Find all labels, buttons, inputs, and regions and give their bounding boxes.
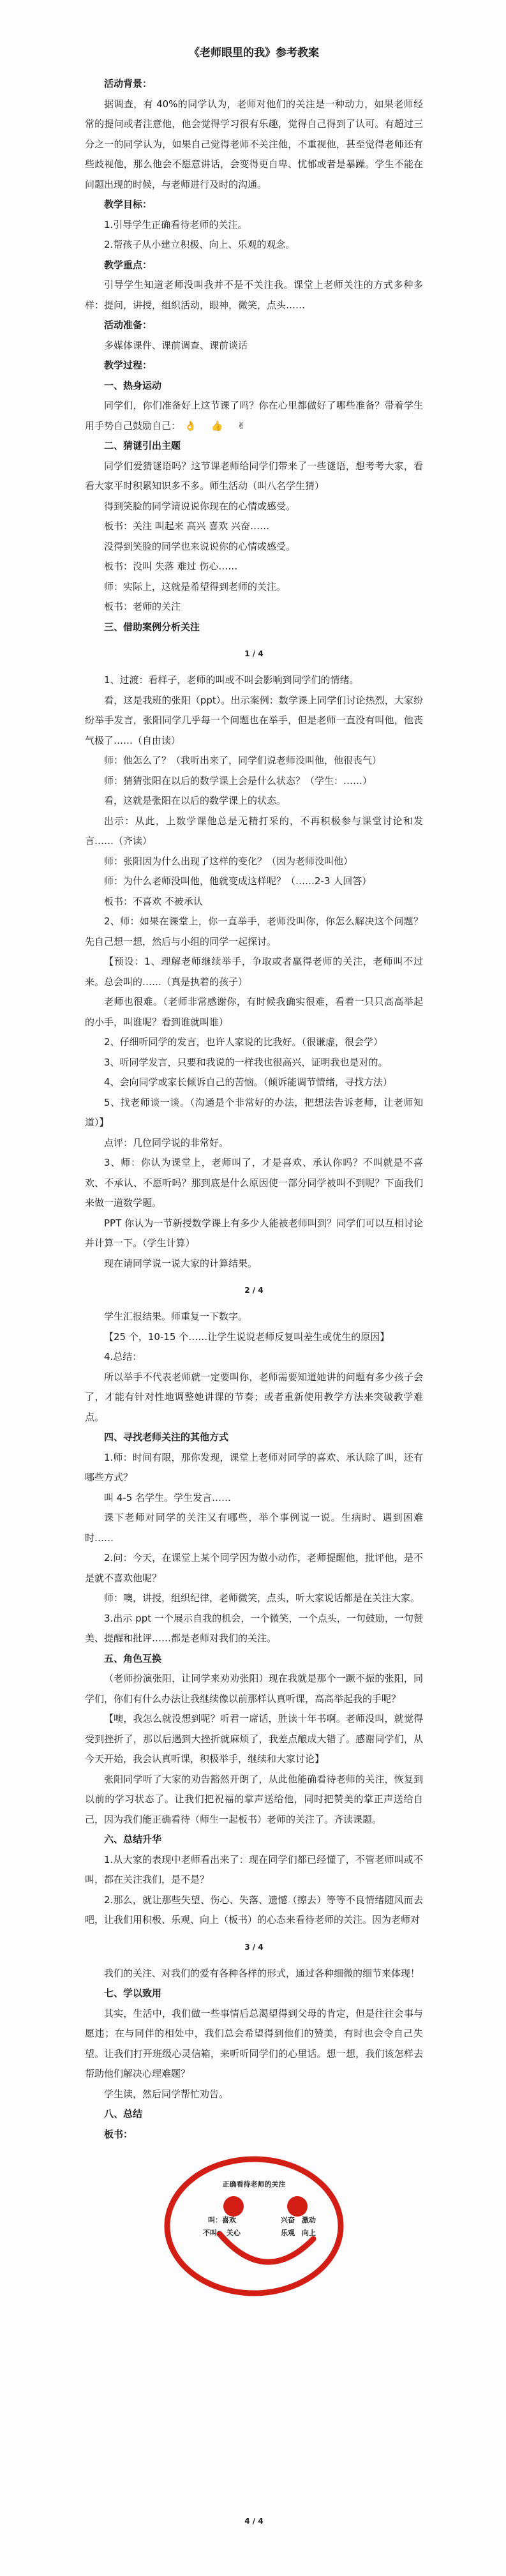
section-heading: 教学过程： xyxy=(85,356,423,376)
paragraph: 5、找老师谈一谈。（沟通是个非常好的办法，把想法告诉老师，让老师知道）】 xyxy=(85,1093,423,1133)
paragraph: 据调查，有 40%的同学认为，老师对他们的关注是一种动力，如果老师经常的提问或者… xyxy=(85,94,423,195)
section-heading: 一、热身运动 xyxy=(85,376,423,396)
paragraph: 1、过渡：看样子，老师的叫或不叫会影响到同学们的情绪。 xyxy=(85,670,423,691)
paragraph: 看，这是我班的张阳（ppt）。出示案例：数学课上同学们讨论热烈，大家纷纷举手发言… xyxy=(85,691,423,751)
section-heading: 六、总结升华 xyxy=(85,1830,423,1850)
section-heading: 四、寻找老师关注的其他方式 xyxy=(85,1427,423,1448)
paragraph: 【预设：1、理解老师继续举手，争取或者赢得老师的关注，老师叫不过来。总会叫的……… xyxy=(85,952,423,992)
paragraph: 1.从大家的表现中老师看出来了：现在同学们都已经懂了，不管老师叫或不叫，都在关注… xyxy=(85,1850,423,1890)
board-smiley-figure: 正确看待老师的关注 叫：喜欢 不叫： 关心 兴奋 激动 乐观 向上 xyxy=(158,2151,350,2310)
document-page: 《老师眼里的我》参考教案 活动背景：据调查，有 40%的同学认为，老师对他们的关… xyxy=(0,0,506,2576)
paragraph: 板书：不喜欢 不被承认 xyxy=(85,892,423,912)
section-heading: 活动准备： xyxy=(85,315,423,336)
page-number: 3 / 4 xyxy=(85,1941,423,1954)
paragraph: 4.总结： xyxy=(85,1347,423,1367)
paragraph: 引导学生知道老师没叫我并不是不关注我。课堂上老师关注的方式多种多样：提问，讲授，… xyxy=(85,275,423,315)
paragraph: 叫 4-5 名学生。学生发言…… xyxy=(85,1488,423,1509)
paragraph: 师：噢，讲授，组织纪律，老师微笑，点头，听大家说话都是在关注大家。 xyxy=(85,1588,423,1609)
smiley-face-icon xyxy=(158,2151,350,2310)
paragraph: 师：他怎么了？（我听出来了，同学们说老师没叫他，他很丧气） xyxy=(85,751,423,771)
board-label-optimistic: 乐观 向上 xyxy=(281,2229,316,2238)
paragraph: 【25 个，10-15 个……让学生说说老师反复叫差生或优生的原因】 xyxy=(85,1327,423,1348)
board-label-excited: 兴奋 激动 xyxy=(281,2216,316,2225)
paragraph: 学生读，然后同学帮忙劝告。 xyxy=(85,2084,423,2105)
paragraph: 同学们爱猜谜语吗？这节课老师给同学们带来了一些谜语，想考考大家，看看大家平时积累… xyxy=(85,456,423,497)
paragraph: 板书：关注 叫起来 高兴 喜欢 兴奋…… xyxy=(85,516,423,537)
paragraph: 点评：几位同学说的非常好。 xyxy=(85,1133,423,1154)
gesture-emojis: 👌 👍 ✌ xyxy=(184,420,251,432)
board-label-not-called: 不叫： 关心 xyxy=(203,2229,241,2238)
paragraph: 4、会向同学或家长倾诉自己的苦恼。（倾诉能调节情绪，寻找方法） xyxy=(85,1073,423,1093)
page-number: 2 / 4 xyxy=(85,1284,423,1297)
paragraph: 2、师：如果在课堂上，你一直举手，老师没叫你，你怎么解决这个问题？先自己想一想，… xyxy=(85,912,423,952)
paragraph: 多媒体课件、课前调查、课前谈话 xyxy=(85,336,423,356)
paragraph: 没得到笑脸的同学也来说说你的心情或感受。 xyxy=(85,537,423,557)
paragraph: 2.帮孩子从小建立积极、向上、乐观的观念。 xyxy=(85,235,423,255)
paragraph: 3、师：你认为课堂上，老师叫了，才是喜欢、承认你吗？不叫就是不喜欢、不承认、不愿… xyxy=(85,1153,423,1214)
paragraph: PPT 你认为一节新授数学课上有多少人能被老师叫到？同学们可以互相讨论并计算一下… xyxy=(85,1214,423,1254)
section-heading: 五、角色互换 xyxy=(85,1649,423,1669)
paragraph: 得到笑脸的同学请说说你现在的心情或感受。 xyxy=(85,497,423,517)
paragraph: 所以举手不代表老师就一定要叫你，老师需要知道她讲的问题有多少孩子会了，才能有针对… xyxy=(85,1367,423,1428)
smiley-outline xyxy=(167,2159,341,2293)
paragraph: 板书：没叫 失落 难过 伤心…… xyxy=(85,557,423,577)
page-number: 1 / 4 xyxy=(85,647,423,660)
smiley-mouth xyxy=(220,2234,313,2262)
document-content: 活动背景：据调查，有 40%的同学认为，老师对他们的关注是一种动力，如果老师经常… xyxy=(85,74,423,2527)
section-heading: 三、借助案例分析关注 xyxy=(85,617,423,638)
section-heading: 二、猜谜引出主题 xyxy=(85,436,423,456)
section-heading: 教学目标： xyxy=(85,195,423,215)
paragraph: 其实，生活中，我们做一些事情后总渴望得到父母的肯定，但是往往会事与愿违；在与同伴… xyxy=(85,2004,423,2084)
paragraph: 学生汇报结果。师重复一下数字。 xyxy=(85,1307,423,1327)
paragraph: 板书：老师的关注 xyxy=(85,597,423,617)
smiley-left-eye xyxy=(223,2196,244,2217)
paragraph: 张阳同学听了大家的劝告豁然开朗了，从此他能确看待老师的关注，恢复到以前的学习状态… xyxy=(85,1770,423,1830)
paragraph: 2.那么，就让那些失望、伤心、失落、遗憾（擦去）等等不良情绪随风而去吧，让我们用… xyxy=(85,1890,423,1931)
paragraph: 现在请同学说一说大家的计算结果。 xyxy=(85,1254,423,1274)
section-heading: 教学重点： xyxy=(85,255,423,276)
paragraph: 老师也很难。（老师非常感谢你，有时候我确实很难，看着一只只高高举起的小手，叫谁呢… xyxy=(85,992,423,1032)
paragraph: 3、听同学发言，只要和我说的一样我也很高兴，证明我也是对的。 xyxy=(85,1053,423,1073)
page-number: 4 / 4 xyxy=(85,2515,423,2527)
board-label-called: 叫：喜欢 xyxy=(208,2216,236,2225)
paragraph: 我们的关注、对我们的爱有各种各样的形式，通过各种细微的细节来体现！ xyxy=(85,1964,423,1984)
paragraph: 看，这就是张阳在以后的数学课上的状态。 xyxy=(85,791,423,811)
paragraph: 1.师：时间有限，那你发现，课堂上老师对同学的喜欢、承认除了叫，还有哪些方式？ xyxy=(85,1448,423,1488)
paragraph: 课下老师对同学的关注又有哪些，举个事例说一说。生病时、遇到困难时…… xyxy=(85,1508,423,1548)
paragraph: 1.引导学生正确看待老师的关注。 xyxy=(85,215,423,236)
paragraph: 【噢，我怎么就没想到呢？听君一席话，胜读十年书啊。老师没叫，就觉得受到挫折了，那… xyxy=(85,1709,423,1770)
paragraph: （老师扮演张阳，让同学来劝劝张阳）现在我就是那个一蹶不振的张阳，同学们，你们有什… xyxy=(85,1669,423,1709)
paragraph: 师：张阳因为什么出现了这样的变化？（因为老师没叫他） xyxy=(85,852,423,872)
paragraph: 2.问：今天，在课堂上某个同学因为做小动作，老师提醒他，批评他，是不是就不喜欢他… xyxy=(85,1548,423,1588)
section-heading: 八、总结 xyxy=(85,2104,423,2125)
section-heading: 板书： xyxy=(85,2125,423,2145)
section-heading: 活动背景： xyxy=(85,74,423,94)
section-heading: 七、学以致用 xyxy=(85,1984,423,2004)
paragraph: 2、仔细听同学的发言，也许人家说的比我好。（很谦虚，很会学） xyxy=(85,1032,423,1053)
board-caption: 正确看待老师的关注 xyxy=(158,2180,350,2189)
paragraph: 师：实际上，这就是希望得到老师的关注。 xyxy=(85,577,423,598)
document-title: 《老师眼里的我》参考教案 xyxy=(85,45,423,61)
paragraph: 同学们，你们准备好上这节课了吗？你在心里都做好了哪些准备？带着学生用手势自己鼓励… xyxy=(85,396,423,436)
smiley-right-eye xyxy=(287,2196,308,2217)
paragraph: 师：为什么老师没叫他，他就变成这样呢？（……2-3 人回答） xyxy=(85,871,423,892)
paragraph: 出示：从此，上数学课他总是无精打采的，不再积极参与课堂讨论和发言……（齐读） xyxy=(85,811,423,852)
paragraph: 师：猜猜张阳在以后的数学课上会是什么状态？（学生：……） xyxy=(85,771,423,792)
paragraph: 3.出示 ppt 一个展示自我的机会，一个微笑，一个点头，一句鼓励，一句赞美、提… xyxy=(85,1609,423,1649)
